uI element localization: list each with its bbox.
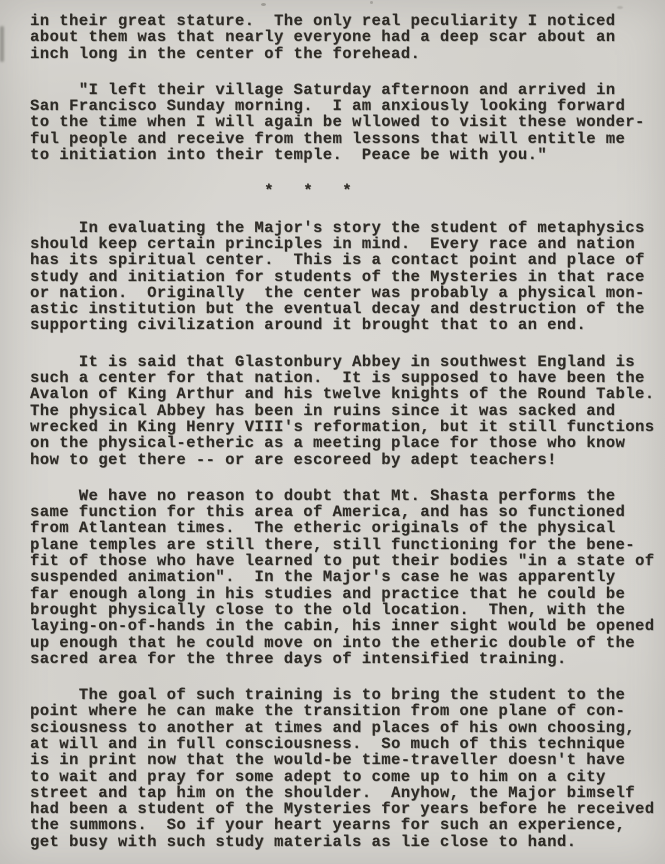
text-line: We have no reason to doubt that Mt. Shas… (30, 488, 665, 504)
text-line: Avalon of King Arthur and his twelve kni… (30, 386, 665, 402)
paragraph-goal: The goal of such training is to bring th… (30, 687, 665, 850)
text-line: brought physically close to the old loca… (30, 602, 665, 618)
text-line: to the time when I will again be wllowed… (30, 114, 665, 130)
text-line: sacred area for the three days of intens… (30, 651, 665, 667)
text-line: same function for this area of America, … (30, 504, 665, 520)
text-line: at will and in full consciousness. So mu… (30, 736, 665, 752)
text-line: should keep certain principles in mind. … (30, 236, 665, 252)
paragraph-evaluating: In evaluating the Major's story the stud… (30, 220, 665, 334)
paper-speck (370, 1, 373, 4)
text-line: It is said that Glastonbury Abbey in sou… (30, 354, 665, 370)
text-line: laying-on-of-hands in the cabin, his inn… (30, 618, 665, 634)
text-line: The physical Abbey has been in ruins sin… (30, 403, 665, 419)
text-line: or nation. Originally the center was pro… (30, 285, 665, 301)
text-line: had been a student of the Mysteries for … (30, 801, 665, 817)
text-line: point where he can make the transition f… (30, 703, 665, 719)
text-line: has its spiritual center. This is a cont… (30, 252, 665, 268)
text-line: fit of those who have learned to put the… (30, 553, 665, 569)
text-line: San Francisco Sunday morning. I am anxio… (30, 98, 665, 114)
document-page: in their great stature. The only real pe… (0, 0, 665, 864)
text-line: how to get there -- or are escoreed by a… (30, 452, 665, 468)
paper-edge-mark (0, 26, 4, 62)
text-line: from Atlantean times. The etheric origin… (30, 520, 665, 536)
text-line: inch long in the center of the forehead. (30, 46, 665, 62)
text-line: supporting civilization around it brough… (30, 317, 665, 333)
paragraph-glastonbury: It is said that Glastonbury Abbey in sou… (30, 354, 665, 468)
text-line: about them was that nearly everyone had … (30, 29, 665, 45)
text-line: The goal of such training is to bring th… (30, 687, 665, 703)
text-line: such a center for that nation. It is sup… (30, 370, 665, 386)
text-line: street and tap him on the shoulder. Anyh… (30, 785, 665, 801)
paragraph-shasta: We have no reason to doubt that Mt. Shas… (30, 488, 665, 667)
text-line: study and initiation for students of the… (30, 269, 665, 285)
text-line: far enough along in his studies and prac… (30, 586, 665, 602)
typewritten-text: in their great stature. The only real pe… (30, 13, 665, 850)
text-line: is in print now that the would-be time-t… (30, 752, 665, 768)
text-line: sciousness to another at times and place… (30, 720, 665, 736)
paragraph-continuation: in their great stature. The only real pe… (30, 13, 665, 62)
text-line: on the physical-etheric as a meeting pla… (30, 435, 665, 451)
text-line: astic institution but the eventual decay… (30, 301, 665, 317)
section-separator: * * * (30, 183, 665, 199)
text-line: up enough that he could move on into the… (30, 635, 665, 651)
text-line: "I left their village Saturday afternoon… (30, 82, 665, 98)
text-line: get busy with such study materials as li… (30, 834, 665, 850)
paragraph-quote: "I left their village Saturday afternoon… (30, 82, 665, 163)
text-line: wrecked in King Henry VIII's reformation… (30, 419, 665, 435)
paper-speck (617, 6, 623, 9)
text-line: In evaluating the Major's story the stud… (30, 220, 665, 236)
text-line: to wait and pray for some adept to come … (30, 769, 665, 785)
text-line: plane temples are still there, still fun… (30, 537, 665, 553)
text-line: ful people and receive from them lessons… (30, 131, 665, 147)
text-line: suspended animation". In the Major's cas… (30, 569, 665, 585)
text-line: * * * (30, 183, 665, 199)
paper-speck (261, 3, 266, 6)
text-line: in their great stature. The only real pe… (30, 13, 665, 29)
text-line: the summons. So if your heart yearns for… (30, 817, 665, 833)
text-line: to initiation into their temple. Peace b… (30, 147, 665, 163)
